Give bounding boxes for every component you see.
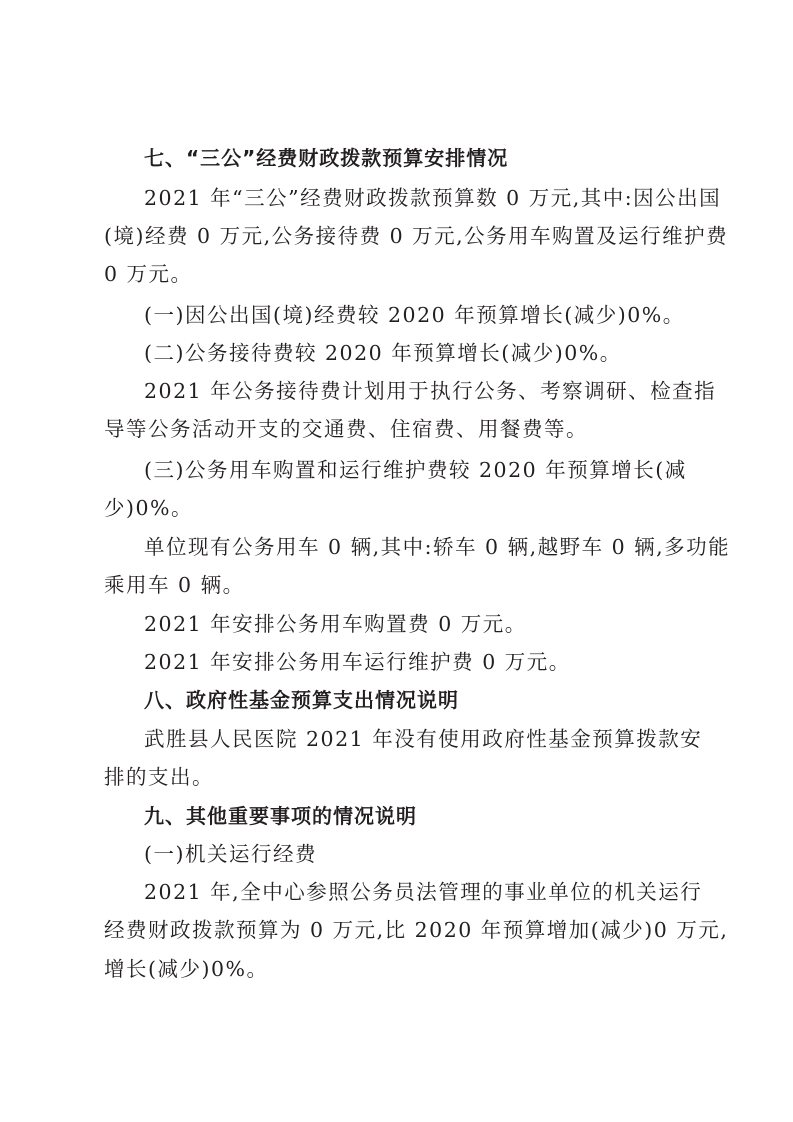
subsection-heading: (一)机关运行经费 [144, 841, 734, 867]
paragraph-line: 导等公务活动开支的交通费、住宿费、用餐费等。 [104, 416, 694, 442]
paragraph-line: 乘用车 0 辆。 [104, 572, 694, 598]
paragraph-line: 武胜县人民医院 2021 年没有使用政府性基金预算拨款安 [144, 726, 734, 752]
paragraph-line: 单位现有公务用车 0 辆,其中:轿车 0 辆,越野车 0 辆,多功能 [144, 534, 734, 560]
section-heading-seven: 七、“三公”经费财政拨款预算安排情况 [144, 145, 734, 171]
paragraph-line: 2021 年安排公务用车购置费 0 万元。 [144, 611, 734, 637]
paragraph-line: (境)经费 0 万元,公务接待费 0 万元,公务用车购置及运行维护费 [104, 223, 694, 249]
paragraph-line: 2021 年安排公务用车运行维护费 0 万元。 [144, 649, 734, 675]
paragraph-line: 2021 年公务接待费计划用于执行公务、考察调研、检查指 [144, 378, 734, 404]
paragraph-line: 0 万元。 [104, 261, 694, 287]
paragraph-line: 少)0%。 [104, 495, 694, 521]
section-heading-nine: 九、其他重要事项的情况说明 [144, 803, 734, 829]
paragraph-line: (三)公务用车购置和运行维护费较 2020 年预算增长(减 [144, 457, 734, 483]
paragraph-line: 2021 年“三公”经费财政拨款预算数 0 万元,其中:因公出国 [144, 185, 734, 211]
paragraph-line: 增长(减少)0%。 [104, 956, 694, 982]
paragraph-line: (一)因公出国(境)经费较 2020 年预算增长(减少)0%。 [144, 302, 734, 328]
paragraph-line: 经费财政拨款预算为 0 万元,比 2020 年预算增加(减少)0 万元, [104, 917, 694, 943]
section-heading-eight: 八、政府性基金预算支出情况说明 [144, 687, 734, 713]
paragraph-line: 2021 年,全中心参照公务员法管理的事业单位的机关运行 [144, 879, 734, 905]
paragraph-line: 排的支出。 [104, 764, 694, 790]
document-page: 七、“三公”经费财政拨款预算安排情况 2021 年“三公”经费财政拨款预算数 0… [0, 0, 793, 1122]
paragraph-line: (二)公务接待费较 2020 年预算增长(减少)0%。 [144, 340, 734, 366]
